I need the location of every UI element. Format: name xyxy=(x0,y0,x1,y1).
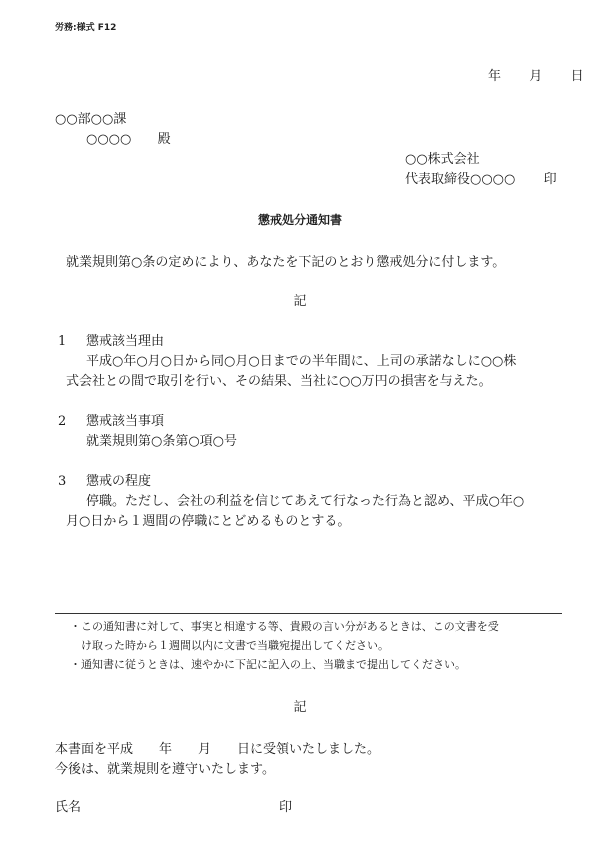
ki-label: 記 xyxy=(0,294,600,310)
item-number: 1 xyxy=(58,334,86,350)
form-code: 労務:様式 F12 xyxy=(55,20,116,33)
item-number: 3 xyxy=(58,474,86,490)
sender-representative: 代表取締役○○○○ xyxy=(405,172,515,187)
item-heading: 2懲戒該当事項 xyxy=(58,414,164,430)
receipt-ki-label: 記 xyxy=(0,700,600,716)
item-title: 懲戒該当事項 xyxy=(86,414,164,429)
document-title: 懲戒処分通知書 xyxy=(0,211,600,228)
recipient-honorific: 殿 xyxy=(158,132,171,147)
item-text-line: 平成○年○月○日から同○月○日までの半年間に、上司の承諾なしに○○株 xyxy=(86,354,516,370)
item-text-line: 就業規則第○条第○項○号 xyxy=(86,434,237,450)
recipient-name-line: ○○○○ 殿 xyxy=(86,132,171,148)
signature-name-label: 氏名 xyxy=(55,800,81,816)
sender-representative-line: 代表取締役○○○○ 印 xyxy=(405,172,557,188)
sender-company: ○○株式会社 xyxy=(405,152,480,168)
intro-text: 就業規則第○条の定めにより、あなたを下記のとおり懲戒処分に付します。 xyxy=(66,255,505,271)
item-text-line: 月○日から１週間の停職にとどめるものとする。 xyxy=(66,514,350,530)
recipient-department: ○○部○○課 xyxy=(55,112,126,128)
item-heading: 3懲戒の程度 xyxy=(58,474,151,490)
note-line: け取った時から１週間以内に文書で当職宛提出してください。 xyxy=(81,639,389,653)
note-line: ・この通知書に対して、事実と相違する等、貴殿の言い分があるときは、この文書を受 xyxy=(70,620,499,634)
date-day: 日 xyxy=(571,69,584,85)
note-line: ・通知書に従うときは、速やかに下記に記入の上、当職まで提出してください。 xyxy=(70,658,466,672)
item-text-line: 式会社との間で取引を行い、その結果、当社に○○万円の損害を与えた。 xyxy=(66,374,492,390)
date-line: 年 月 日 xyxy=(488,69,584,85)
item-text-line: 停職。ただし、会社の利益を信じてあえて行なった行為と認め、平成○年○ xyxy=(86,494,524,510)
item-heading: 1懲戒該当理由 xyxy=(58,334,164,350)
item-number: 2 xyxy=(58,414,86,430)
sender-seal: 印 xyxy=(544,172,557,187)
receipt-line-2: 今後は、就業規則を遵守いたします。 xyxy=(55,762,275,778)
receipt-line-1: 本書面を平成 年 月 日に受領いたしました。 xyxy=(55,742,380,758)
item-title: 懲戒該当理由 xyxy=(86,334,164,349)
signature-seal: 印 xyxy=(279,800,292,816)
item-title: 懲戒の程度 xyxy=(86,474,151,489)
date-month: 月 xyxy=(529,69,542,85)
divider-line xyxy=(55,613,562,614)
date-year: 年 xyxy=(488,69,501,85)
recipient-name: ○○○○ xyxy=(86,132,131,147)
